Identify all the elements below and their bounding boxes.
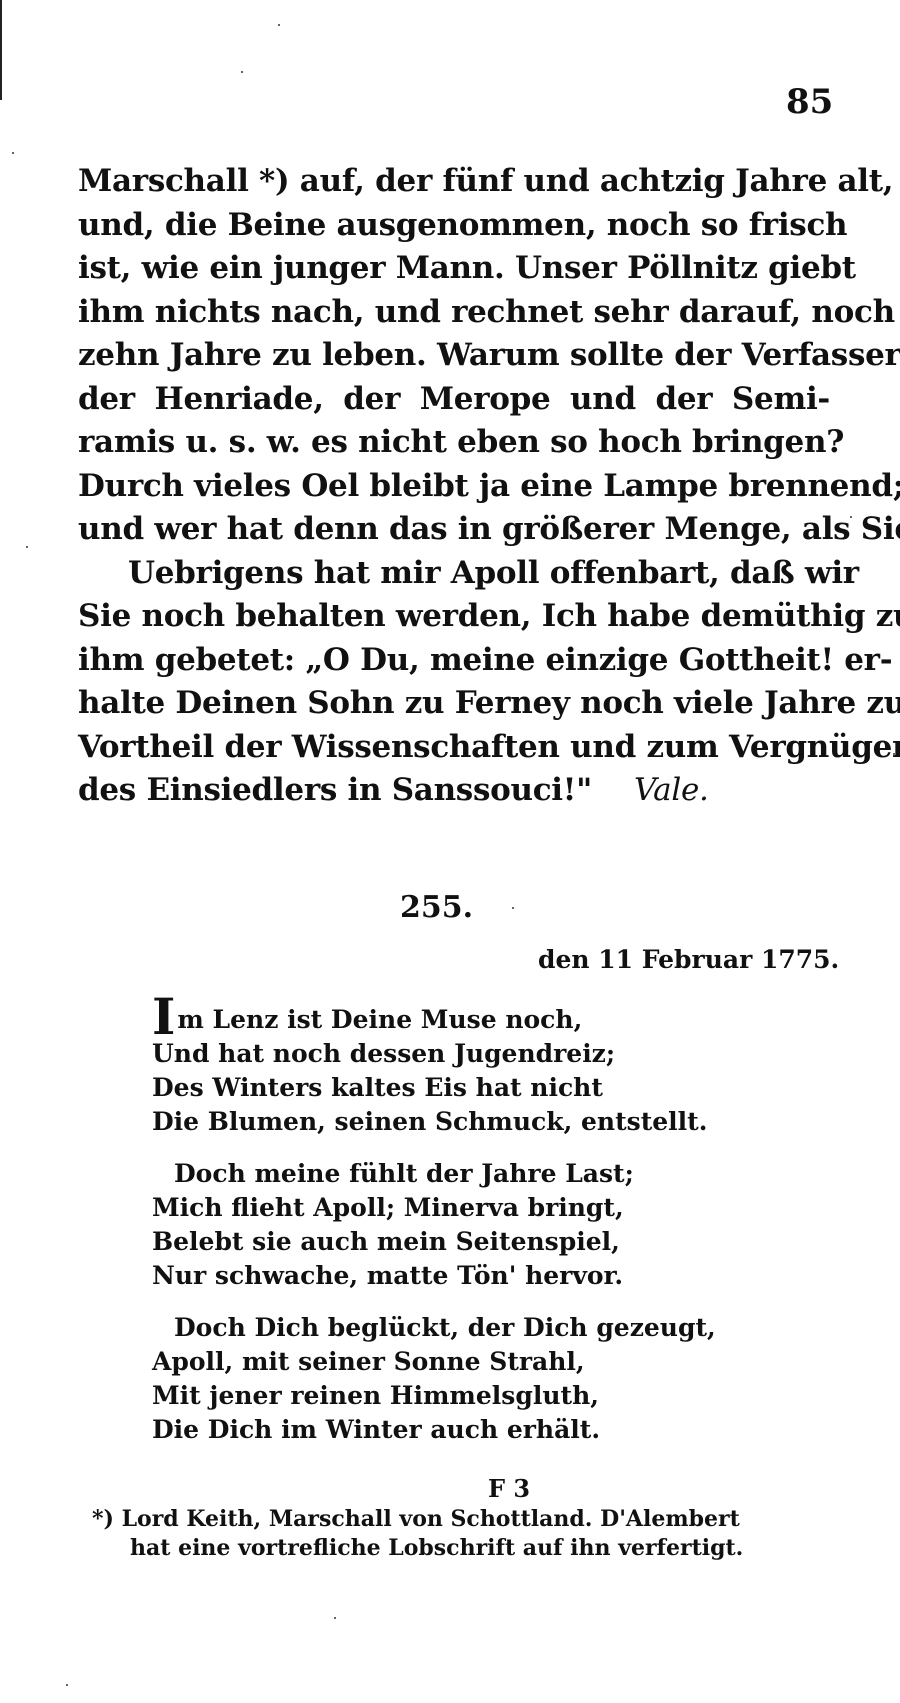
paragraph-line-text: des Einsiedlers in Sanssouci!" [78,772,592,808]
scan-speck [26,546,28,548]
prose-line: Durch vieles Oel bleibt ja eine Lampe br… [78,465,830,509]
scan-speck [278,24,280,26]
poem-verse: Doch meine fühlt der Jahre Last; [152,1157,716,1191]
poem-verse: Nur schwache, matte Tön' hervor. [152,1259,716,1293]
paragraph-line: halte Deinen Sohn zu Ferney noch viele J… [78,682,830,726]
prose-line: ihm nichts nach, und rechnet sehr darauf… [78,291,830,335]
poem-verse: Die Dich im Winter auch erhält. [152,1413,716,1447]
poem-verse: Belebt sie auch mein Seitenspiel, [152,1225,716,1259]
scan-speck [512,907,514,909]
scan-speck [334,1617,336,1619]
poem-verse: Apoll, mit seiner Sonne Strahl, [152,1345,716,1379]
poem-verse: Doch Dich beglückt, der Dich gezeugt, [152,1311,716,1345]
page-number: 85 [786,82,833,122]
scan-speck [241,71,243,73]
prose-line: und, die Beine ausgenommen, noch so fris… [78,204,830,248]
poem-verse: Mich flieht Apoll; Minerva bringt, [152,1191,716,1225]
poem-verse: Und hat noch dessen Jugendreiz; [152,1037,716,1071]
poem-stanza-2: Doch meine fühlt der Jahre Last; Mich fl… [152,1157,716,1293]
poem-stanza-3: Doch Dich beglückt, der Dich gezeugt, Ap… [152,1311,716,1447]
paragraph-line: Sie noch behalten werden, Ich habe demüt… [78,595,830,639]
scan-speck [12,152,14,154]
closing-vale: Vale. [634,772,709,808]
poem-stanza-1: Im Lenz ist Deine Muse noch, Und hat noc… [152,1000,716,1139]
footnote: *) Lord Keith, Marschall von Schottland.… [92,1505,842,1563]
letter-body-prose: Marschall *) auf, der fünf und achtzig J… [78,160,830,813]
prose-line: der Henriade, der Merope und der Semi- [78,378,830,422]
prose-line: ramis u. s. w. es nicht eben so hoch bri… [78,421,830,465]
prose-line: und wer hat denn das in größerer Menge, … [78,508,830,552]
scan-speck [66,1684,68,1686]
paragraph-last-line: des Einsiedlers in Sanssouci!" Vale. [78,769,830,813]
letter-number-heading: 255. [400,890,473,925]
scan-speck [850,516,852,518]
footnote-line: hat eine vortrefliche Lobschrift auf ihn… [92,1534,842,1563]
poem-verse: Mit jener reinen Himmelsgluth, [152,1379,716,1413]
poem-verse: Im Lenz ist Deine Muse noch, [152,1000,716,1037]
page-edge-rule [0,0,2,100]
printer-signature-mark: F 3 [488,1474,530,1503]
prose-line: zehn Jahre zu leben. Warum sollte der Ve… [78,334,830,378]
footnote-line: *) Lord Keith, Marschall von Schottland.… [92,1506,740,1532]
prose-line: ist, wie ein junger Mann. Unser Pöllnitz… [78,247,830,291]
poem-verse-text: m Lenz ist Deine Muse noch, [177,1005,582,1034]
poem-verse: Des Winters kaltes Eis hat nicht [152,1071,716,1105]
poem: Im Lenz ist Deine Muse noch, Und hat noc… [152,1000,716,1465]
paragraph-line: Vortheil der Wissenschaften und zum Verg… [78,726,830,770]
scan-speck [893,753,895,755]
poem-verse: Die Blumen, seinen Schmuck, entstellt. [152,1105,716,1139]
paragraph-line: ihm gebetet: „O Du, meine einzige Gotthe… [78,639,830,683]
paragraph-line: Uebrigens hat mir Apoll offenbart, daß w… [78,552,830,596]
letter-date: den 11 Februar 1775. [538,945,839,974]
prose-line: Marschall *) auf, der fünf und achtzig J… [78,160,830,204]
